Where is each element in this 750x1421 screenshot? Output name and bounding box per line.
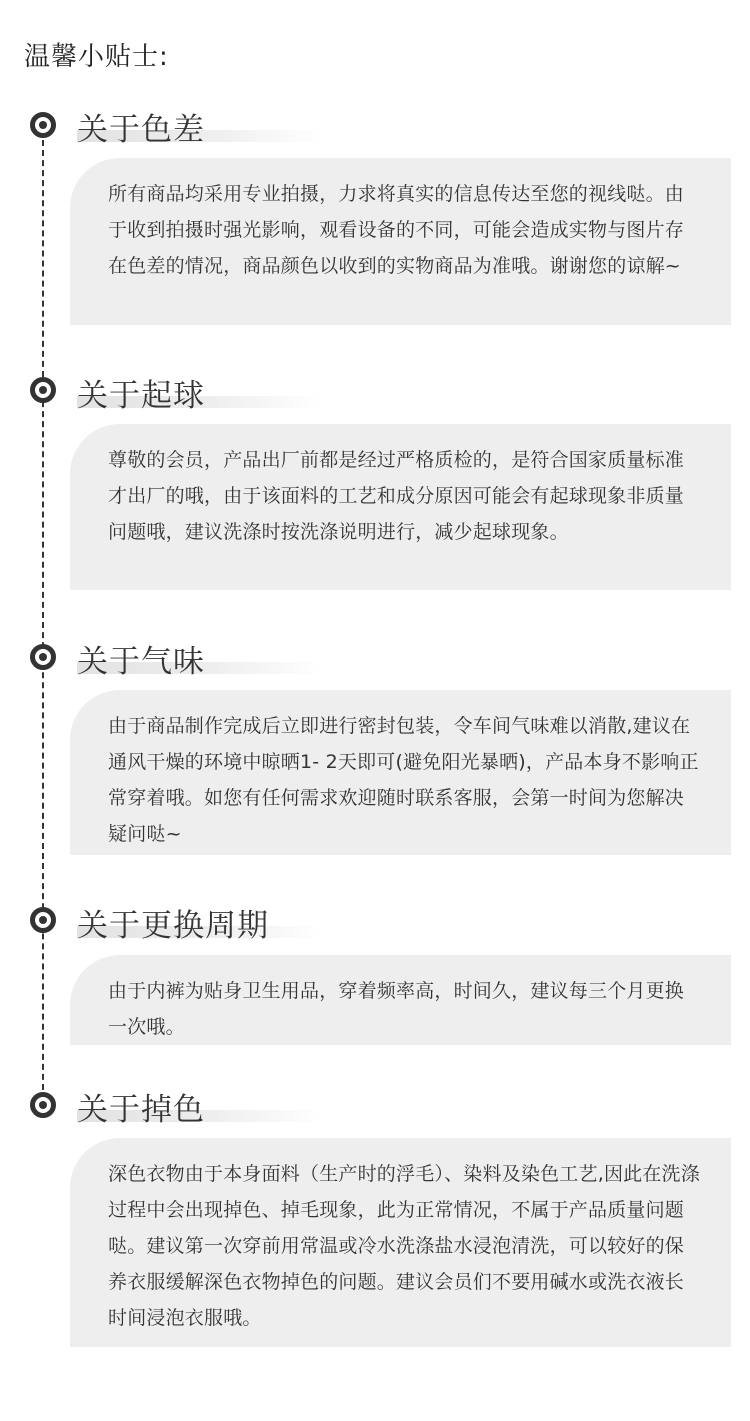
tip-text: 所有商品均采用专业拍摄，力求将真实的信息传达至您的视线哒。由于收到拍摄时强光影响… xyxy=(108,176,701,284)
tip-card: 所有商品均采用专业拍摄，力求将真实的信息传达至您的视线哒。由于收到拍摄时强光影响… xyxy=(70,158,731,325)
page-title: 温馨小贴士: xyxy=(24,36,169,73)
tip-card: 由于内裤为贴身卫生用品，穿着频率高，时间久，建议每三个月更换一次哦。 xyxy=(70,955,731,1045)
section-heading: 关于更换周期 xyxy=(77,900,269,945)
target-circle-icon xyxy=(30,1092,56,1118)
section-heading: 关于掉色 xyxy=(77,1084,205,1129)
section-heading: 关于色差 xyxy=(77,104,205,149)
timeline-dashed-line xyxy=(42,140,44,1100)
tip-card: 由于商品制作完成后立即进行密封包装，令车间气味难以消散,建议在通风干燥的环境中晾… xyxy=(70,690,731,855)
section-heading: 关于气味 xyxy=(77,636,205,681)
tip-text: 由于商品制作完成后立即进行密封包装，令车间气味难以消散,建议在通风干燥的环境中晾… xyxy=(108,708,701,852)
tip-text: 深色衣物由于本身面料（生产时的浮毛）、染料及染色工艺,因此在洗涤过程中会出现掉色… xyxy=(108,1156,701,1336)
target-circle-icon xyxy=(30,112,56,138)
tip-card: 尊敬的会员，产品出厂前都是经过严格质检的，是符合国家质量标准才出厂的哦，由于该面… xyxy=(70,424,731,590)
target-circle-icon xyxy=(30,907,56,933)
tip-text: 由于内裤为贴身卫生用品，穿着频率高，时间久，建议每三个月更换一次哦。 xyxy=(108,973,701,1045)
tip-text: 尊敬的会员，产品出厂前都是经过严格质检的，是符合国家质量标准才出厂的哦，由于该面… xyxy=(108,442,701,550)
section-heading: 关于起球 xyxy=(77,370,205,415)
tip-card: 深色衣物由于本身面料（生产时的浮毛）、染料及染色工艺,因此在洗涤过程中会出现掉色… xyxy=(70,1138,731,1347)
target-circle-icon xyxy=(30,644,56,670)
target-circle-icon xyxy=(30,377,56,403)
